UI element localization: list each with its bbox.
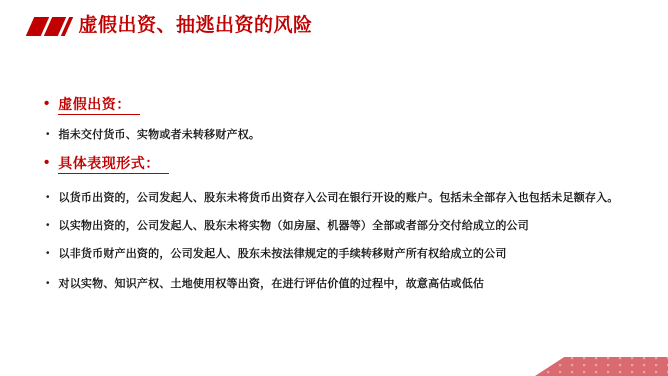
bullet-item-physical: • 以实物出资的，公司发起人、股东未将实物（如房屋、机器等）全部或者部分交付给成…: [0, 219, 529, 233]
bullet-icon: •: [46, 277, 50, 291]
red-bullet-icon: •: [44, 95, 49, 113]
bullet-icon: •: [46, 191, 50, 205]
section-heading-false-contribution: • 虚假出资：: [0, 95, 140, 115]
bullet-item-non-monetary: • 以非货币财产出资的，公司发起人、股东未按法律规定的手续转移财产所有权给成立的…: [0, 247, 507, 261]
bullet-icon: •: [46, 128, 50, 142]
bullet-item-text: 以实物出资的，公司发起人、股东未将实物（如房屋、机器等）全部或者部分交付给成立的…: [59, 219, 529, 233]
bullet-item-definition: • 指未交付货币、实物或者未转移财产权。: [0, 128, 260, 142]
slide-title: 虚假出资、抽逃出资的风险: [79, 14, 313, 38]
corner-dotted-parallelogram: [535, 357, 668, 376]
section-heading-label: 虚假出资：: [58, 95, 140, 115]
slant-stripes-icon: [30, 17, 69, 36]
presentation-slide: 虚假出资、抽逃出资的风险 • 虚假出资： • 指未交付货币、实物或者未转移财产权…: [0, 0, 668, 376]
section-heading-label: 具体表现形式：: [58, 154, 169, 174]
bullet-item-monetary: • 以货币出资的，公司发起人、股东未将货币出资存入公司在银行开设的账户。包括未全…: [0, 191, 619, 205]
red-bullet-icon: •: [44, 154, 49, 172]
bullet-icon: •: [46, 219, 50, 233]
bullet-item-text: 指未交付货币、实物或者未转移财产权。: [59, 128, 261, 142]
bullet-item-text: 以货币出资的，公司发起人、股东未将货币出资存入公司在银行开设的账户。包括未全部存…: [59, 191, 619, 205]
section-heading-specific-forms: • 具体表现形式：: [0, 154, 169, 174]
bullet-item-text: 以非货币财产出资的，公司发起人、股东未按法律规定的手续转移财产所有权给成立的公司: [59, 247, 507, 261]
slide-header: 虚假出资、抽逃出资的风险: [30, 14, 313, 38]
bullet-item-text: 对以实物、知识产权、土地使用权等出资，在进行评估价值的过程中，故意高估或低估: [59, 277, 485, 291]
bullet-icon: •: [46, 247, 50, 261]
bullet-item-valuation: • 对以实物、知识产权、土地使用权等出资，在进行评估价值的过程中，故意高估或低估: [0, 277, 484, 291]
